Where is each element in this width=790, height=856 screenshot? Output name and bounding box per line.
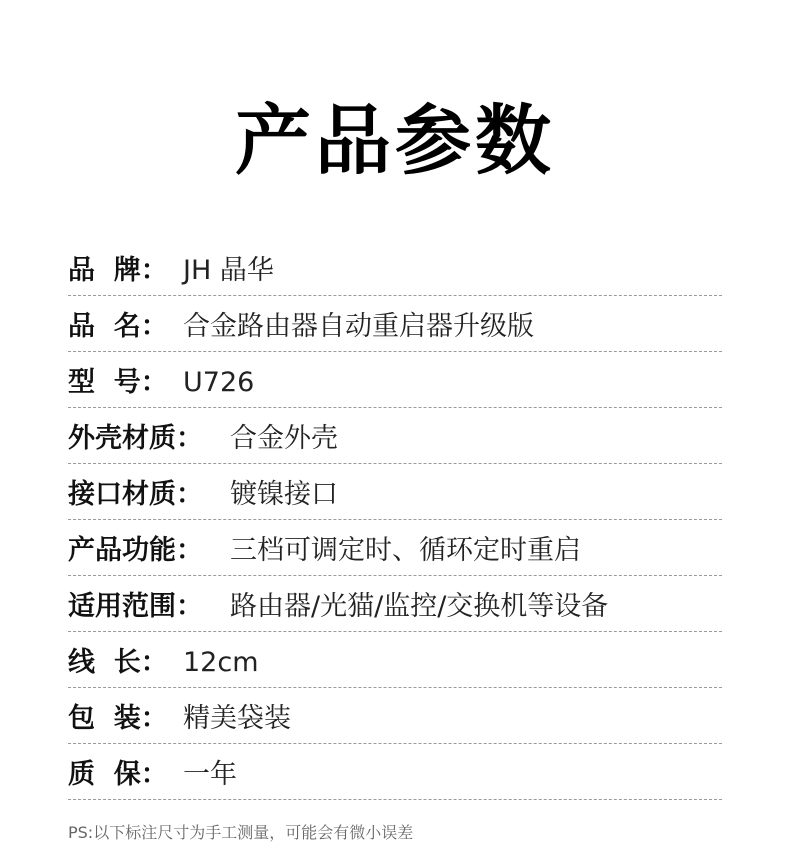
spec-row-applicable: 适用范围： 路由器/光猫/监控/交换机等设备 [68, 576, 722, 632]
spec-label: 适用范围： [68, 589, 203, 625]
page-title: 产品参数 [0, 96, 790, 186]
spec-value: U726 [183, 365, 254, 401]
measurement-note: PS:以下标注尺寸为手工测量，可能会有微小误差 [68, 820, 413, 843]
spec-label: 线 长： [68, 645, 168, 681]
spec-value: 精美袋装 [183, 701, 291, 737]
spec-label: 品 牌： [68, 253, 168, 289]
spec-value: 合金外壳 [230, 421, 338, 457]
spec-value: 合金路由器自动重启器升级版 [183, 309, 534, 345]
spec-value: 路由器/光猫/监控/交换机等设备 [230, 589, 608, 625]
spec-row-model: 型 号： U726 [68, 352, 722, 408]
spec-value: 镀镍接口 [230, 477, 338, 513]
spec-label: 包 装： [68, 701, 168, 737]
spec-value: 三档可调定时、循环定时重启 [230, 533, 581, 569]
spec-table: 品 牌： JH 晶华 品 名： 合金路由器自动重启器升级版 型 号： U726 … [68, 240, 722, 800]
spec-row-warranty: 质 保： 一年 [68, 744, 722, 800]
spec-value: 一年 [183, 757, 237, 793]
spec-label: 质 保： [68, 757, 168, 793]
spec-label: 品 名： [68, 309, 168, 345]
spec-label: 型 号： [68, 365, 168, 401]
spec-label: 接口材质： [68, 477, 203, 513]
spec-value: 12cm [183, 645, 259, 681]
spec-row-brand: 品 牌： JH 晶华 [68, 240, 722, 296]
spec-row-cable-length: 线 长： 12cm [68, 632, 722, 688]
spec-row-function: 产品功能： 三档可调定时、循环定时重启 [68, 520, 722, 576]
spec-label: 外壳材质： [68, 421, 203, 457]
spec-value: JH 晶华 [183, 253, 274, 289]
spec-row-packaging: 包 装： 精美袋装 [68, 688, 722, 744]
spec-row-name: 品 名： 合金路由器自动重启器升级版 [68, 296, 722, 352]
spec-row-shell-material: 外壳材质： 合金外壳 [68, 408, 722, 464]
spec-label: 产品功能： [68, 533, 203, 569]
spec-row-connector-material: 接口材质： 镀镍接口 [68, 464, 722, 520]
